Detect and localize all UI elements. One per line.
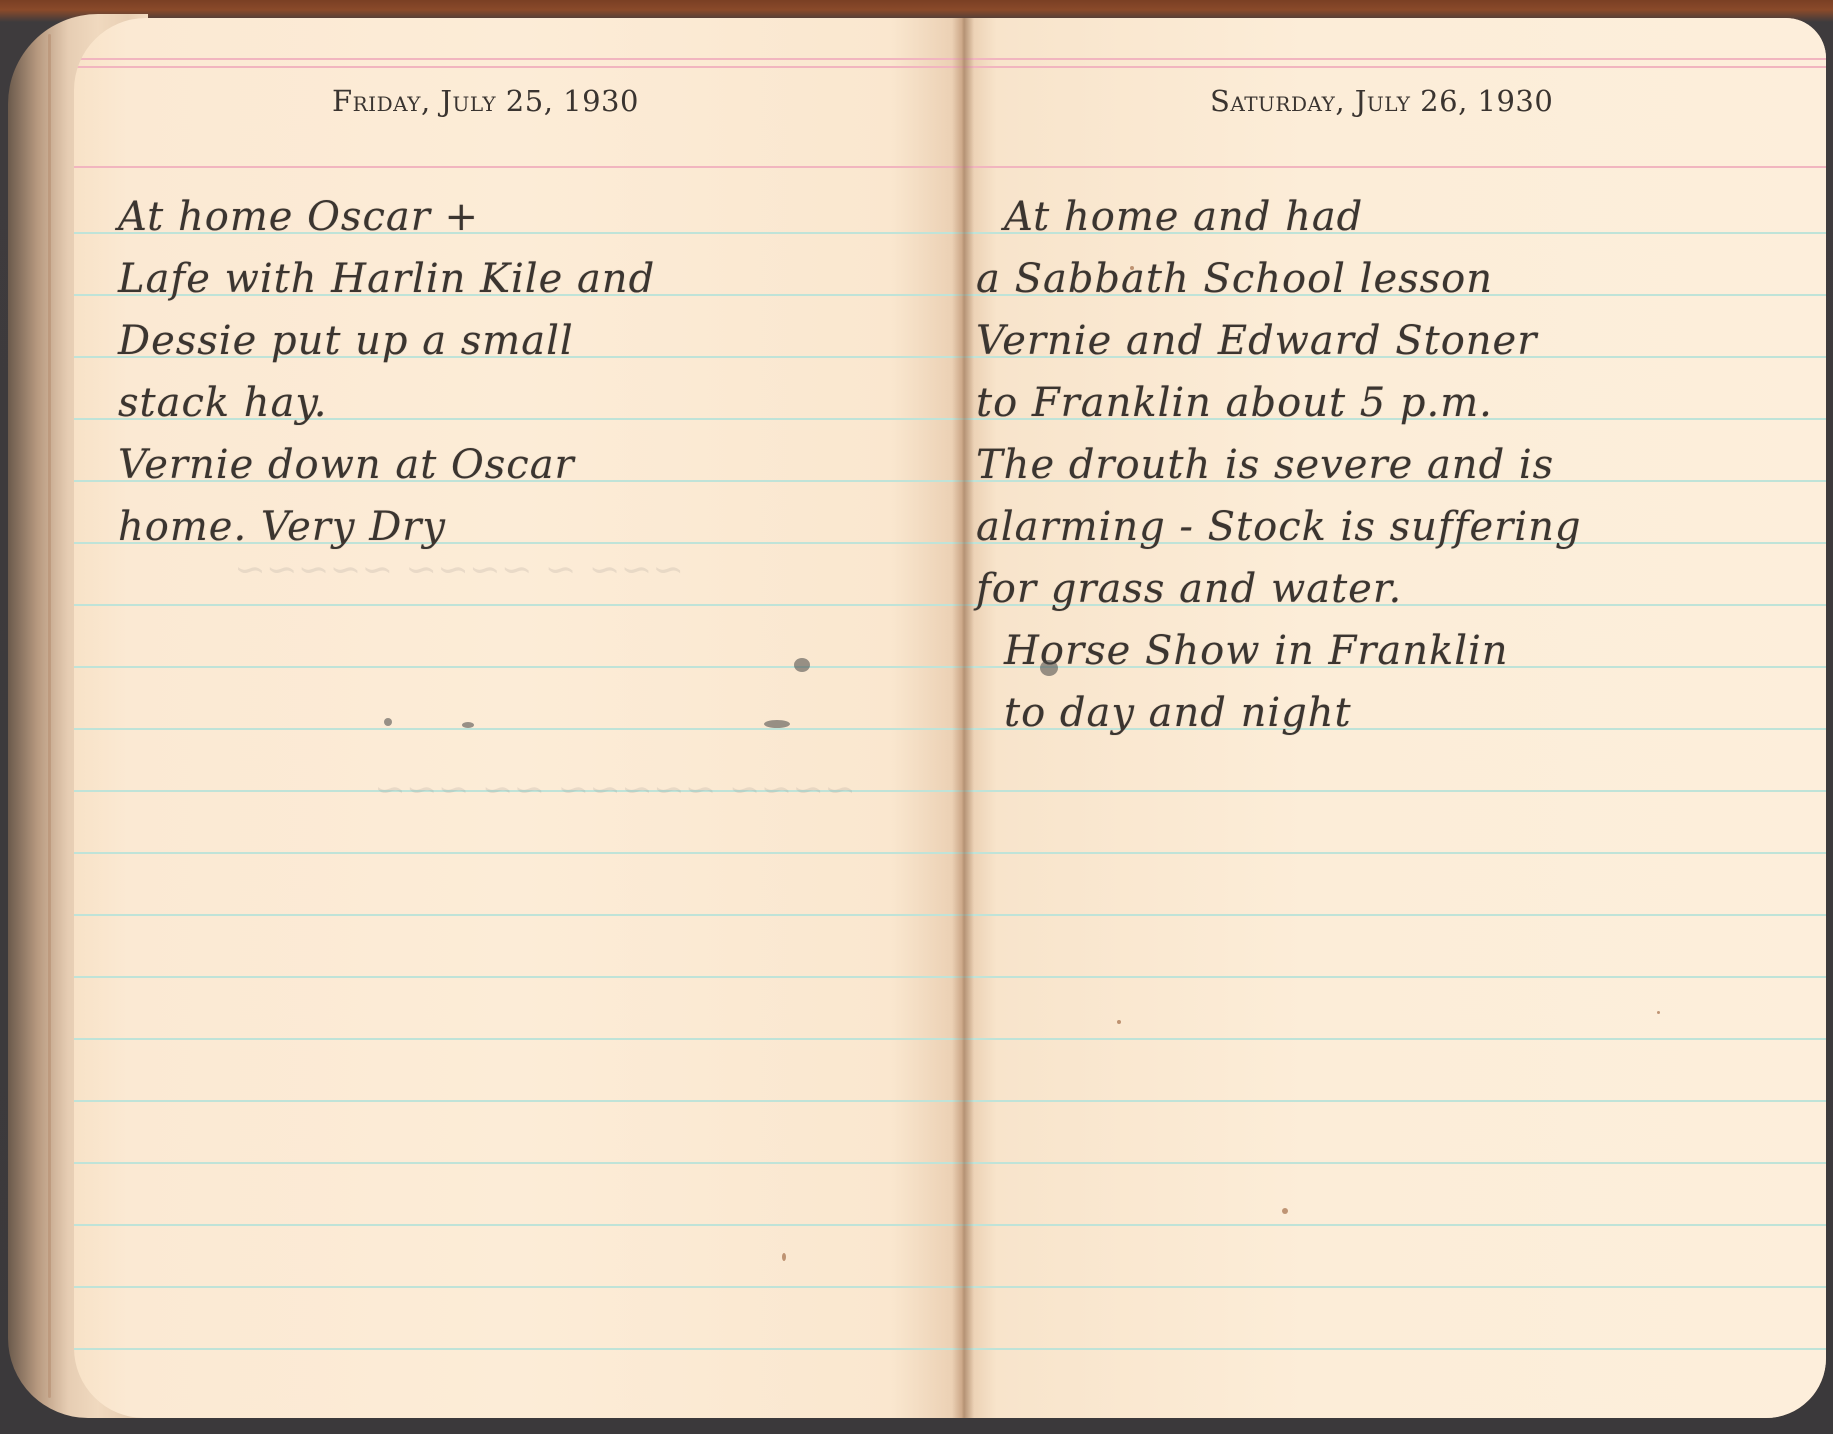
ruled-line bbox=[74, 1348, 962, 1350]
ruled-line bbox=[962, 1038, 1826, 1040]
ruled-line bbox=[962, 1224, 1826, 1226]
entry-line: The drouth is severe and is bbox=[976, 434, 1816, 496]
open-diary: Friday, July 25, 1930 ~~~ ~ ~~~~ ~~~~~ ~… bbox=[74, 18, 1826, 1418]
right-entry: At home and had a Sabbath School lesson … bbox=[976, 186, 1816, 744]
foxing-spot bbox=[782, 1253, 786, 1261]
ruled-line bbox=[74, 976, 962, 978]
ink-speck bbox=[462, 722, 474, 728]
ruled-line bbox=[74, 1224, 962, 1226]
ruled-line bbox=[74, 604, 962, 606]
book-gutter bbox=[952, 18, 974, 1418]
header-bottom-rule bbox=[74, 166, 962, 168]
diary-photo-scene: Friday, July 25, 1930 ~~~ ~ ~~~~ ~~~~~ ~… bbox=[0, 0, 1833, 1434]
entry-line: to day and night bbox=[976, 682, 1816, 744]
entry-line: Vernie down at Oscar bbox=[118, 434, 938, 496]
ruled-line bbox=[962, 976, 1826, 978]
ruled-line bbox=[962, 1100, 1826, 1102]
entry-line: Horse Show in Franklin bbox=[976, 620, 1816, 682]
header-top-rule-2 bbox=[962, 66, 1826, 68]
ruled-line bbox=[962, 1348, 1826, 1350]
left-page: Friday, July 25, 1930 ~~~ ~ ~~~~ ~~~~~ ~… bbox=[74, 18, 962, 1418]
ruled-line bbox=[962, 852, 1826, 854]
ruled-line bbox=[74, 1100, 962, 1102]
foxing-spot bbox=[1657, 1011, 1660, 1014]
foxing-spot bbox=[1282, 1208, 1288, 1214]
ink-speck bbox=[764, 720, 790, 728]
ruled-line bbox=[74, 666, 962, 668]
ink-speck bbox=[384, 718, 392, 726]
ruled-line bbox=[74, 1162, 962, 1164]
ruled-line bbox=[962, 914, 1826, 916]
entry-line: Vernie and Edward Stoner bbox=[976, 310, 1816, 372]
entry-line: Lafe with Harlin Kile and bbox=[118, 248, 938, 310]
header-top-rule bbox=[962, 58, 1826, 60]
ink-speck bbox=[794, 658, 810, 672]
header-top-rule bbox=[74, 58, 962, 60]
foxing-spot bbox=[1130, 266, 1134, 270]
ruled-line bbox=[74, 914, 962, 916]
ruled-line bbox=[74, 1286, 962, 1288]
header-top-rule-2 bbox=[74, 66, 962, 68]
right-page: Saturday, July 26, 1930 At home and had bbox=[962, 18, 1826, 1418]
entry-line: alarming - Stock is suffering bbox=[976, 496, 1816, 558]
left-entry: At home Oscar + Lafe with Harlin Kile an… bbox=[118, 186, 938, 558]
left-date-header: Friday, July 25, 1930 bbox=[332, 84, 639, 118]
ruled-line bbox=[962, 790, 1826, 792]
ruled-line bbox=[74, 1038, 962, 1040]
entry-line: stack hay. bbox=[118, 372, 938, 434]
right-date-header: Saturday, July 26, 1930 bbox=[1210, 84, 1553, 118]
ink-blot bbox=[1040, 660, 1058, 676]
ruled-line bbox=[962, 1286, 1826, 1288]
entry-line: home. Very Dry bbox=[118, 496, 938, 558]
ruled-line bbox=[74, 728, 962, 730]
entry-line: Dessie put up a small bbox=[118, 310, 938, 372]
bleed-through-text: ~~~~ ~~~~~ ~~ ~~~ bbox=[374, 758, 856, 820]
entry-line: to Franklin about 5 p.m. bbox=[976, 372, 1816, 434]
entry-line: a Sabbath School lesson bbox=[976, 248, 1816, 310]
ruled-line bbox=[962, 1162, 1826, 1164]
entry-line: At home and had bbox=[976, 186, 1816, 248]
ruled-line bbox=[74, 852, 962, 854]
entry-line: At home Oscar + bbox=[118, 186, 938, 248]
foxing-spot bbox=[1117, 1020, 1121, 1024]
header-bottom-rule bbox=[962, 166, 1826, 168]
entry-line: for grass and water. bbox=[976, 558, 1816, 620]
